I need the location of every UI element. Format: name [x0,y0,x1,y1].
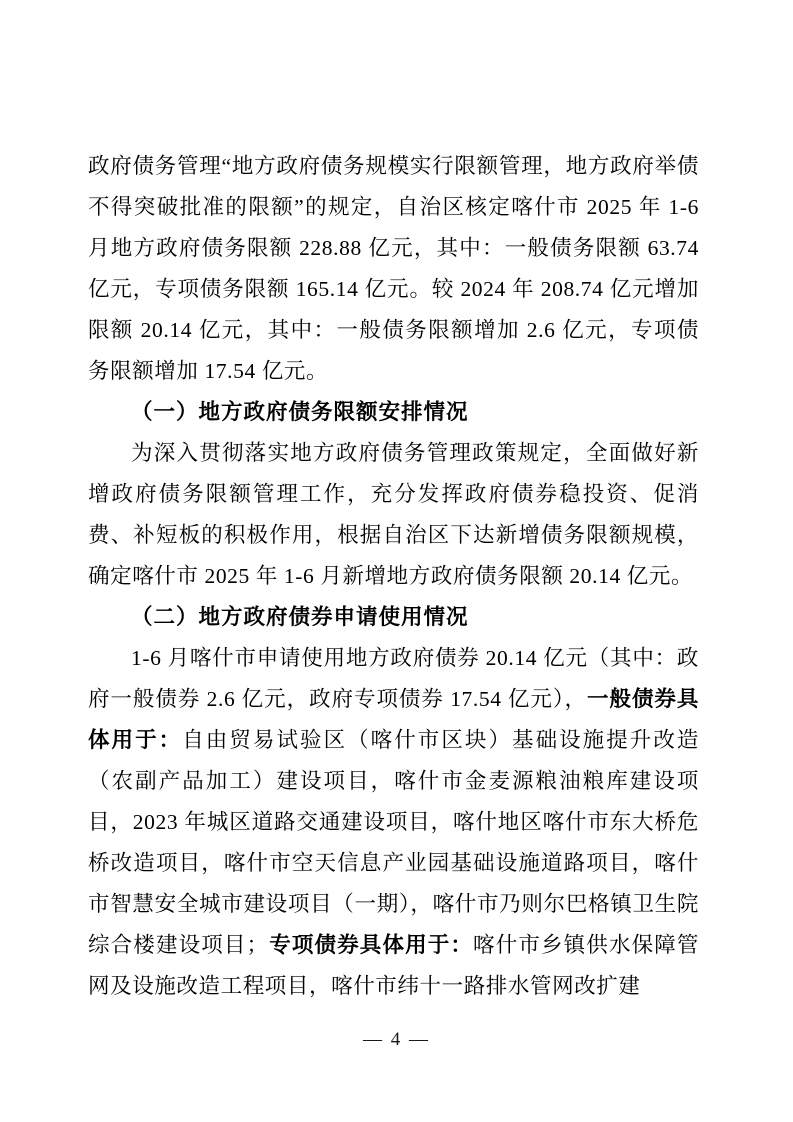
body-paragraph: 1-6 月喀什市申请使用地方政府债券 20.14 亿元（其中：政府一般债券 2.… [88,638,699,1007]
text-run: 自由贸易试验区（喀什市区块）基础设施提升改造（农副产品加工）建设项目，喀什市金麦… [88,728,699,957]
section-heading: （一）地方政府债务限额安排情况 [88,392,699,433]
body-paragraph: 政府债务管理“地方政府债务规模实行限额管理，地方政府举债不得突破批准的限额”的规… [88,146,699,392]
document-body: 政府债务管理“地方政府债务规模实行限额管理，地方政府举债不得突破批准的限额”的规… [88,146,699,1007]
document-page: 政府债务管理“地方政府债务规模实行限额管理，地方政府举债不得突破批准的限额”的规… [0,0,793,1122]
emphasis-text: （二）地方政府债券申请使用情况 [131,605,469,629]
section-heading: （二）地方政府债券申请使用情况 [88,597,699,638]
page-footer: — 4 — [0,1027,793,1053]
emphasis-text: 专项债券具体用于： [269,933,473,957]
body-paragraph: 为深入贯彻落实地方政府债务管理政策规定，全面做好新增政府债务限额管理工作，充分发… [88,433,699,597]
page-number: — 4 — [363,1029,430,1050]
text-run: 政府债务管理“地方政府债务规模实行限额管理，地方政府举债不得突破批准的限额”的规… [88,154,699,383]
emphasis-text: （一）地方政府债务限额安排情况 [131,400,469,424]
text-run: 为深入贯彻落实地方政府债务管理政策规定，全面做好新增政府债务限额管理工作，充分发… [88,441,699,588]
